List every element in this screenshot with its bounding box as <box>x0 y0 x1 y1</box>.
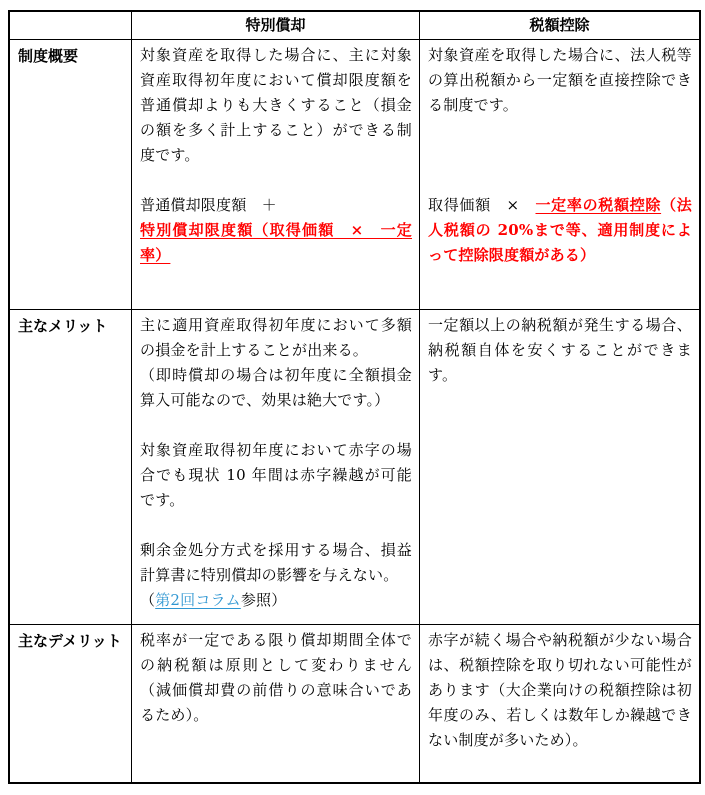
cell-overview-special-depreciation: 対象資産を取得した場合に、主に対象資産取得初年度において償却限度額を普通償却より… <box>132 40 420 310</box>
blank-line <box>140 413 412 438</box>
paragraph: （即時償却の場合は初年度に全額損金算入可能なので、効果は絶大です。） <box>140 363 412 413</box>
formula-special-depreciation: 特別償却限度額（取得価額 × 一定率） <box>140 218 412 268</box>
comparison-table: 特別償却 税額控除 制度概要 対象資産を取得した場合に、主に対象資産取得初年度に… <box>8 10 701 784</box>
paragraph: 赤字が続く場合や納税額が少ない場合は、税額控除を取り切れない可能性があります（大… <box>428 628 692 753</box>
paragraph: 一定額以上の納税額が発生する場合、納税額自体を安くすることができます。 <box>428 313 692 388</box>
blank-line <box>140 513 412 538</box>
cell-merits-special-depreciation: 主に適用資産取得初年度において多額の損金を計上することが出来る。 （即時償却の場… <box>132 310 420 625</box>
row-label-text: 主なメリット <box>18 317 107 335</box>
cell-merits-tax-credit: 一定額以上の納税額が発生する場合、納税額自体を安くすることができます。 <box>420 310 699 625</box>
header-special-depreciation-label: 特別償却 <box>245 16 305 34</box>
paragraph: 普通償却限度額 ＋ <box>140 193 412 218</box>
header-special-depreciation: 特別償却 <box>132 12 420 40</box>
reference-line: （第2回コラム参照） <box>140 588 412 613</box>
header-tax-credit: 税額控除 <box>420 12 699 40</box>
red-underlined-text: 特別償却限度額（取得価額 × 一定率） <box>140 221 412 264</box>
paragraph: 主に適用資産取得初年度において多額の損金を計上することが出来る。 <box>140 313 412 363</box>
paragraph: 税率が一定である限り償却期間全体での納税額は原則として変わりません（減価償却費の… <box>140 628 412 728</box>
formula-tax-credit: 取得価額 × 一定率の税額控除（法人税額の 20%まで等、適用制度によって控除限… <box>428 193 692 268</box>
cell-demerits-special-depreciation: 税率が一定である限り償却期間全体での納税額は原則として変わりません（減価償却費の… <box>132 625 420 782</box>
paragraph: 対象資産取得初年度において赤字の場合でも現状 10 年間は赤字繰越が可能です。 <box>140 438 412 513</box>
header-tax-credit-label: 税額控除 <box>529 16 589 34</box>
paragraph: 剰余金処分方式を採用する場合、損益計算書に特別償却の影響を与えない。 <box>140 538 412 588</box>
header-empty-cell <box>10 12 132 40</box>
row-label-main-demerits: 主なデメリット <box>10 625 132 782</box>
cell-demerits-tax-credit: 赤字が続く場合や納税額が少ない場合は、税額控除を取り切れない可能性があります（大… <box>420 625 699 782</box>
blank-lines <box>428 118 692 193</box>
row-label-text: 制度概要 <box>18 47 78 65</box>
row-label-system-overview: 制度概要 <box>10 40 132 310</box>
paragraph: 対象資産を取得した場合に、法人税等の算出税額から一定額を直接控除できる制度です。 <box>428 43 692 118</box>
document-page: 特別償却 税額控除 制度概要 対象資産を取得した場合に、主に対象資産取得初年度に… <box>0 0 705 795</box>
reference-close-paren: 参照） <box>241 591 287 609</box>
red-underlined-text: 一定率の税額控除 <box>535 196 661 214</box>
column-2-reference-link[interactable]: 第2回コラム <box>155 591 241 609</box>
paragraph: 対象資産を取得した場合に、主に対象資産取得初年度において償却限度額を普通償却より… <box>140 43 412 168</box>
row-label-main-merits: 主なメリット <box>10 310 132 625</box>
cell-overview-tax-credit: 対象資産を取得した場合に、法人税等の算出税額から一定額を直接控除できる制度です。… <box>420 40 699 310</box>
blank-line <box>140 168 412 193</box>
formula-black-part: 取得価額 × <box>428 196 535 214</box>
row-label-text: 主なデメリット <box>18 632 122 650</box>
reference-open-paren: （ <box>140 591 155 609</box>
